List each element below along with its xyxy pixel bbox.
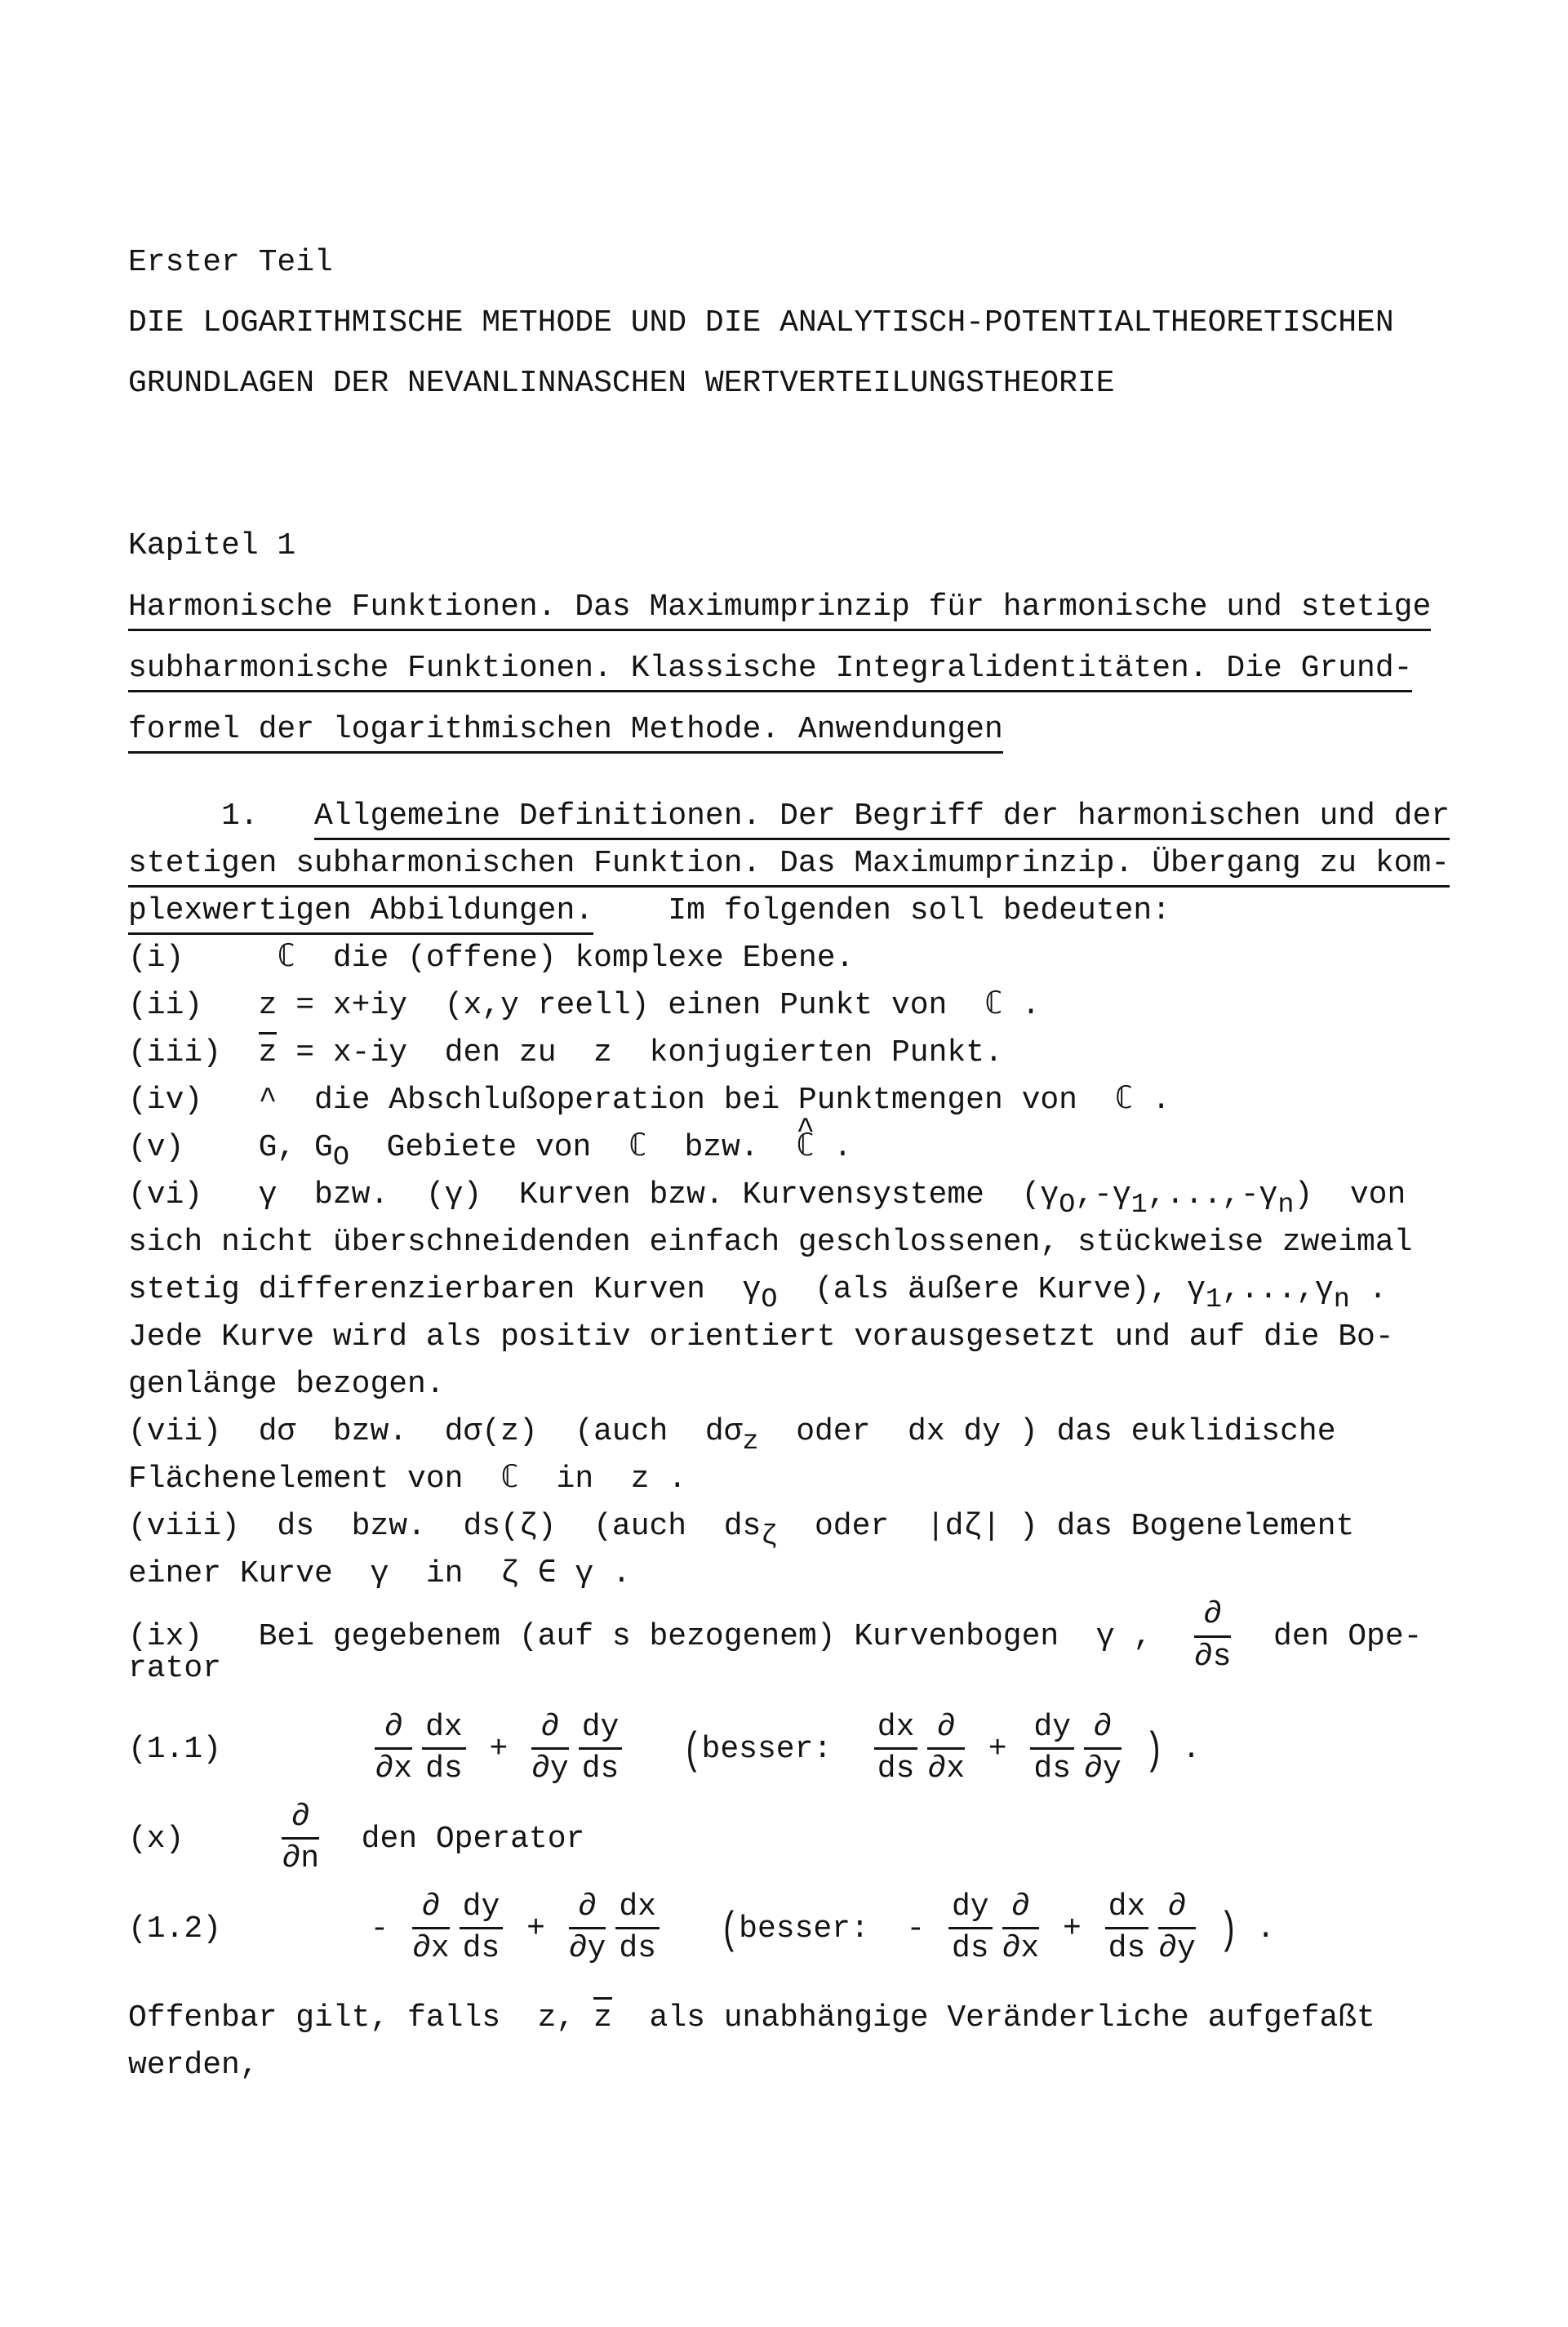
chapter-heading-text-3: formel der logarithmischen Methode. Anwe… [128,712,1003,754]
frac-den: ds [1030,1750,1074,1787]
plus-operator: + [1044,1911,1099,1947]
item-v-text-3: . [815,1130,852,1165]
open-paren: ( [720,1861,739,2003]
frac-den: ds [460,1929,504,1967]
fraction: ∂∂y [569,1890,606,1967]
frac-num: dx [1105,1890,1149,1930]
frac-den: ds [422,1750,466,1787]
frac-den: ds [1105,1929,1149,1967]
gamma-one-subscript-2: 1 [1206,1284,1222,1315]
part-label: Erster Teil [128,233,1467,293]
frac-num: dx [874,1711,918,1751]
frac-den: ∂y [1158,1929,1196,1967]
item-iii-text: = x-iy den zu z konjugierten Punkt. [277,1035,1002,1070]
fraction: ∂∂y [1084,1711,1122,1787]
frac-den: ∂x [1002,1929,1040,1967]
gamma-one-subscript: 1 [1131,1190,1148,1221]
frac-num: ∂ [412,1890,450,1930]
chapter-heading-text-1: Harmonische Funktionen. Das Maximumprinz… [128,590,1431,631]
gap-before-closing [128,1978,1467,1995]
item-x-label: (x) [128,1822,277,1857]
item-vi-text-5: stetig differenzierbaren Kurven γ [128,1272,761,1307]
item-vi-line-4: Jede Kurve wird als positiv orientiert v… [128,1314,1467,1361]
z-conjugate-overbar: z [593,1997,612,2036]
frac-num: ∂ [1194,1598,1232,1638]
frac-den: ∂y [531,1750,569,1787]
section-heading-line-2: stetigen subharmonischen Funktion. Das M… [128,840,1467,888]
plus-operator: + [471,1732,526,1767]
period: . [1237,1911,1275,1947]
item-vi-text-6: (als äußere Kurve), γ [777,1272,1206,1307]
gap-before-formula-1-1 [128,1693,1467,1701]
item-vi-line-1: (vi) γ bzw. (γ) Kurven bzw. Kurvensystem… [128,1172,1467,1219]
item-vi-text-1: (vi) γ bzw. (γ) Kurven bzw. Kurvensystem… [128,1177,1059,1212]
section-heading-line-3: plexwertigen Abbildungen. Im folgenden s… [128,888,1467,935]
hat-mark: ^ [796,1107,815,1155]
item-viii-text-2: oder |dζ| ) das Bogenelement [777,1509,1354,1544]
frac-num: ∂ [1158,1890,1196,1930]
frac-den: ds [615,1929,660,1967]
fraction: dxds [422,1711,466,1787]
frac-den: ∂y [569,1929,606,1967]
frac-num: ∂ [282,1800,319,1840]
frac-num: dx [422,1711,466,1751]
item-vi-text-8: . [1350,1272,1388,1307]
close-paren: ) [1219,1861,1238,2003]
section-heading-line-1: 1. Allgemeine Definitionen. Der Begriff … [128,793,1467,840]
fraction: dxds [1105,1890,1149,1967]
frac-num: dy [460,1890,504,1930]
item-viii-line-1: (viii) ds bzw. ds(ζ) (auch dsζ oder |dζ|… [128,1503,1467,1551]
chapter-heading-line-3: formel der logarithmischen Methode. Anwe… [128,699,1467,760]
fraction: dyds [460,1890,504,1967]
frac-den: ∂n [282,1840,319,1877]
item-v-text-2: Gebiete von ℂ bzw. [349,1130,796,1165]
frac-num: dy [1030,1711,1074,1751]
frac-num: dy [948,1890,993,1930]
g-zero-subscript: O [333,1142,349,1173]
section-intro: Im folgenden soll bedeuten: [593,893,1170,928]
minus-operator: - [370,1911,407,1947]
item-x-line: (x) ∂∂n den Operator [128,1799,1467,1880]
chapter-heading-line-1: Harmonische Funktionen. Das Maximumprinz… [128,576,1467,638]
fraction: dxds [615,1890,660,1967]
formula-1-1-row: (1.1) ∂∂xdxds + ∂∂ydyds (besser: dxds∂∂x… [128,1701,1467,1799]
book-title-line-2: GRUNDLAGEN DER NEVANLINNASCHEN WERTVERTE… [128,354,1467,414]
item-viii-line-2: einer Kurve γ in ζ ∈ γ . [128,1551,1467,1598]
frac-den: ds [874,1750,918,1787]
item-vi-text-2: ,-γ [1075,1177,1130,1212]
item-ix-text-2: den Ope- [1236,1619,1422,1654]
item-vi-line-5: genlänge bezogen. [128,1361,1467,1408]
open-paren: ( [683,1681,702,1823]
frac-den: ds [948,1929,993,1967]
gamma-zero-subscript: O [1059,1190,1075,1221]
frac-num: ∂ [1084,1711,1122,1751]
chapter-heading-line-2: subharmonische Funktionen. Klassische In… [128,638,1467,699]
closing-line-2: werden, [128,2042,1467,2089]
closing-text-2: als unabhängige Veränderliche aufgefaßt [612,2000,1375,2036]
frac-den: ∂x [412,1929,450,1967]
gamma-zero-subscript-2: O [761,1284,777,1315]
fraction: ∂∂y [531,1711,569,1787]
frac-num: ∂ [927,1711,965,1751]
d-dn-fraction: ∂∂n [282,1800,319,1877]
gap-before-chapter [128,414,1467,515]
book-title-line-1: DIE LOGARITHMISCHE METHODE UND DIE ANALY… [128,293,1467,354]
close-paren: ) [1144,1681,1163,1823]
item-iii-label: (iii) [128,1035,259,1070]
item-v-text-1: (v) G, G [128,1130,333,1165]
fraction: dyds [948,1890,993,1967]
item-vii-line-1: (vii) dσ bzw. dσ(z) (auch dσz oder dx dy… [128,1408,1467,1456]
formula-1-1-label: (1.1) [128,1732,370,1767]
page: Erster Teil DIE LOGARITHMISCHE METHODE U… [0,0,1568,2327]
z-conjugate-overbar: z [259,1032,278,1070]
item-vi-line-2: sich nicht überschneidenden einfach gesc… [128,1219,1467,1266]
chapter-label: Kapitel 1 [128,515,1467,576]
period: . [1163,1732,1201,1767]
item-vii-text-2: oder dx dy ) das euklidische [759,1414,1336,1449]
plus-operator: + [508,1911,563,1947]
section-heading-text-1: Allgemeine Definitionen. Der Begriff der… [314,799,1450,840]
frac-den: ∂x [375,1750,412,1787]
minus-operator: - [906,1911,944,1947]
fraction: dxds [874,1711,918,1787]
formula-1-2-label: (1.2) [128,1911,370,1947]
frac-num: ∂ [1002,1890,1040,1930]
section-number: 1. [128,799,314,834]
fraction: ∂∂x [412,1890,450,1967]
fraction: ∂∂x [1002,1890,1040,1967]
fraction: ∂∂x [927,1711,965,1787]
top-margin [128,0,1467,233]
item-vi-text-7: ,...,γ [1222,1272,1334,1307]
s-zeta-subscript: ζ [761,1521,777,1552]
fraction: ∂∂x [375,1711,412,1787]
frac-num: ∂ [375,1711,412,1751]
d-ds-fraction: ∂∂s [1194,1598,1232,1675]
spacer-text [1201,1911,1219,1947]
item-viii-text-1: (viii) ds bzw. ds(ζ) (auch ds [128,1509,761,1544]
sigma-z-subscript: z [743,1426,759,1457]
frac-den: ds [579,1750,623,1787]
frac-num: dy [579,1711,623,1751]
frac-den: ∂y [1084,1750,1122,1787]
item-vi-text-4: ) von [1294,1177,1406,1212]
frac-den: ∂x [927,1750,965,1787]
fraction: dyds [579,1711,623,1787]
item-vii-text-1: (vii) dσ bzw. dσ(z) (auch dσ [128,1414,743,1449]
item-vii-line-2: Flächenelement von ℂ in z . [128,1456,1467,1503]
closing-text-1: Offenbar gilt, falls z, [128,2000,593,2036]
item-x-text: den Operator [324,1822,584,1857]
gamma-n-subscript-2: n [1334,1284,1350,1315]
item-vi-line-3: stetig differenzierbaren Kurven γO (als … [128,1266,1467,1314]
frac-num: dx [615,1890,660,1930]
c-hat-symbol: ^ℂ [796,1124,815,1172]
section-heading-text-2: stetigen subharmonischen Funktion. Das M… [128,846,1450,888]
item-ix-text-1: (ix) Bei gegebenem (auf s bezogenem) Kur… [128,1619,1189,1654]
spacer-text [1126,1732,1145,1767]
fraction: ∂∂y [1158,1890,1196,1967]
item-ix-line-1: (ix) Bei gegebenem (auf s bezogenem) Kur… [128,1598,1467,1645]
fraction: dyds [1030,1711,1074,1787]
chapter-heading-text-2: subharmonische Funktionen. Klassische In… [128,651,1412,692]
gap-before-section [128,760,1467,793]
page-content: Erster Teil DIE LOGARITHMISCHE METHODE U… [128,0,1467,2089]
item-v-line: (v) G, GO Gebiete von ℂ bzw. ^ℂ . [128,1124,1467,1172]
besser-label: besser: [702,1732,869,1767]
frac-num: ∂ [569,1890,606,1930]
formula-1-2-row: (1.2) - ∂∂xdyds + ∂∂ydxds (besser: - dyd… [128,1880,1467,1978]
frac-num: ∂ [531,1711,569,1751]
spacer-text [627,1732,682,1767]
item-iii-line: (iii) z = x-iy den zu z konjugierten Pun… [128,1030,1467,1077]
spacer-text [664,1911,720,1947]
besser-label: besser: [739,1911,906,1947]
item-ii-line: (ii) z = x+iy (x,y reell) einen Punkt vo… [128,982,1467,1030]
item-i-line: (i) ℂ die (offene) komplexe Ebene. [128,935,1467,982]
item-vi-text-3: ,...,-γ [1148,1177,1278,1212]
frac-den: ∂s [1194,1638,1232,1675]
section-heading-text-3: plexwertigen Abbildungen. [128,893,593,935]
plus-operator: + [970,1732,1025,1767]
closing-line-1: Offenbar gilt, falls z, z als unabhängig… [128,1995,1467,2042]
gamma-n-subscript: n [1277,1190,1294,1221]
